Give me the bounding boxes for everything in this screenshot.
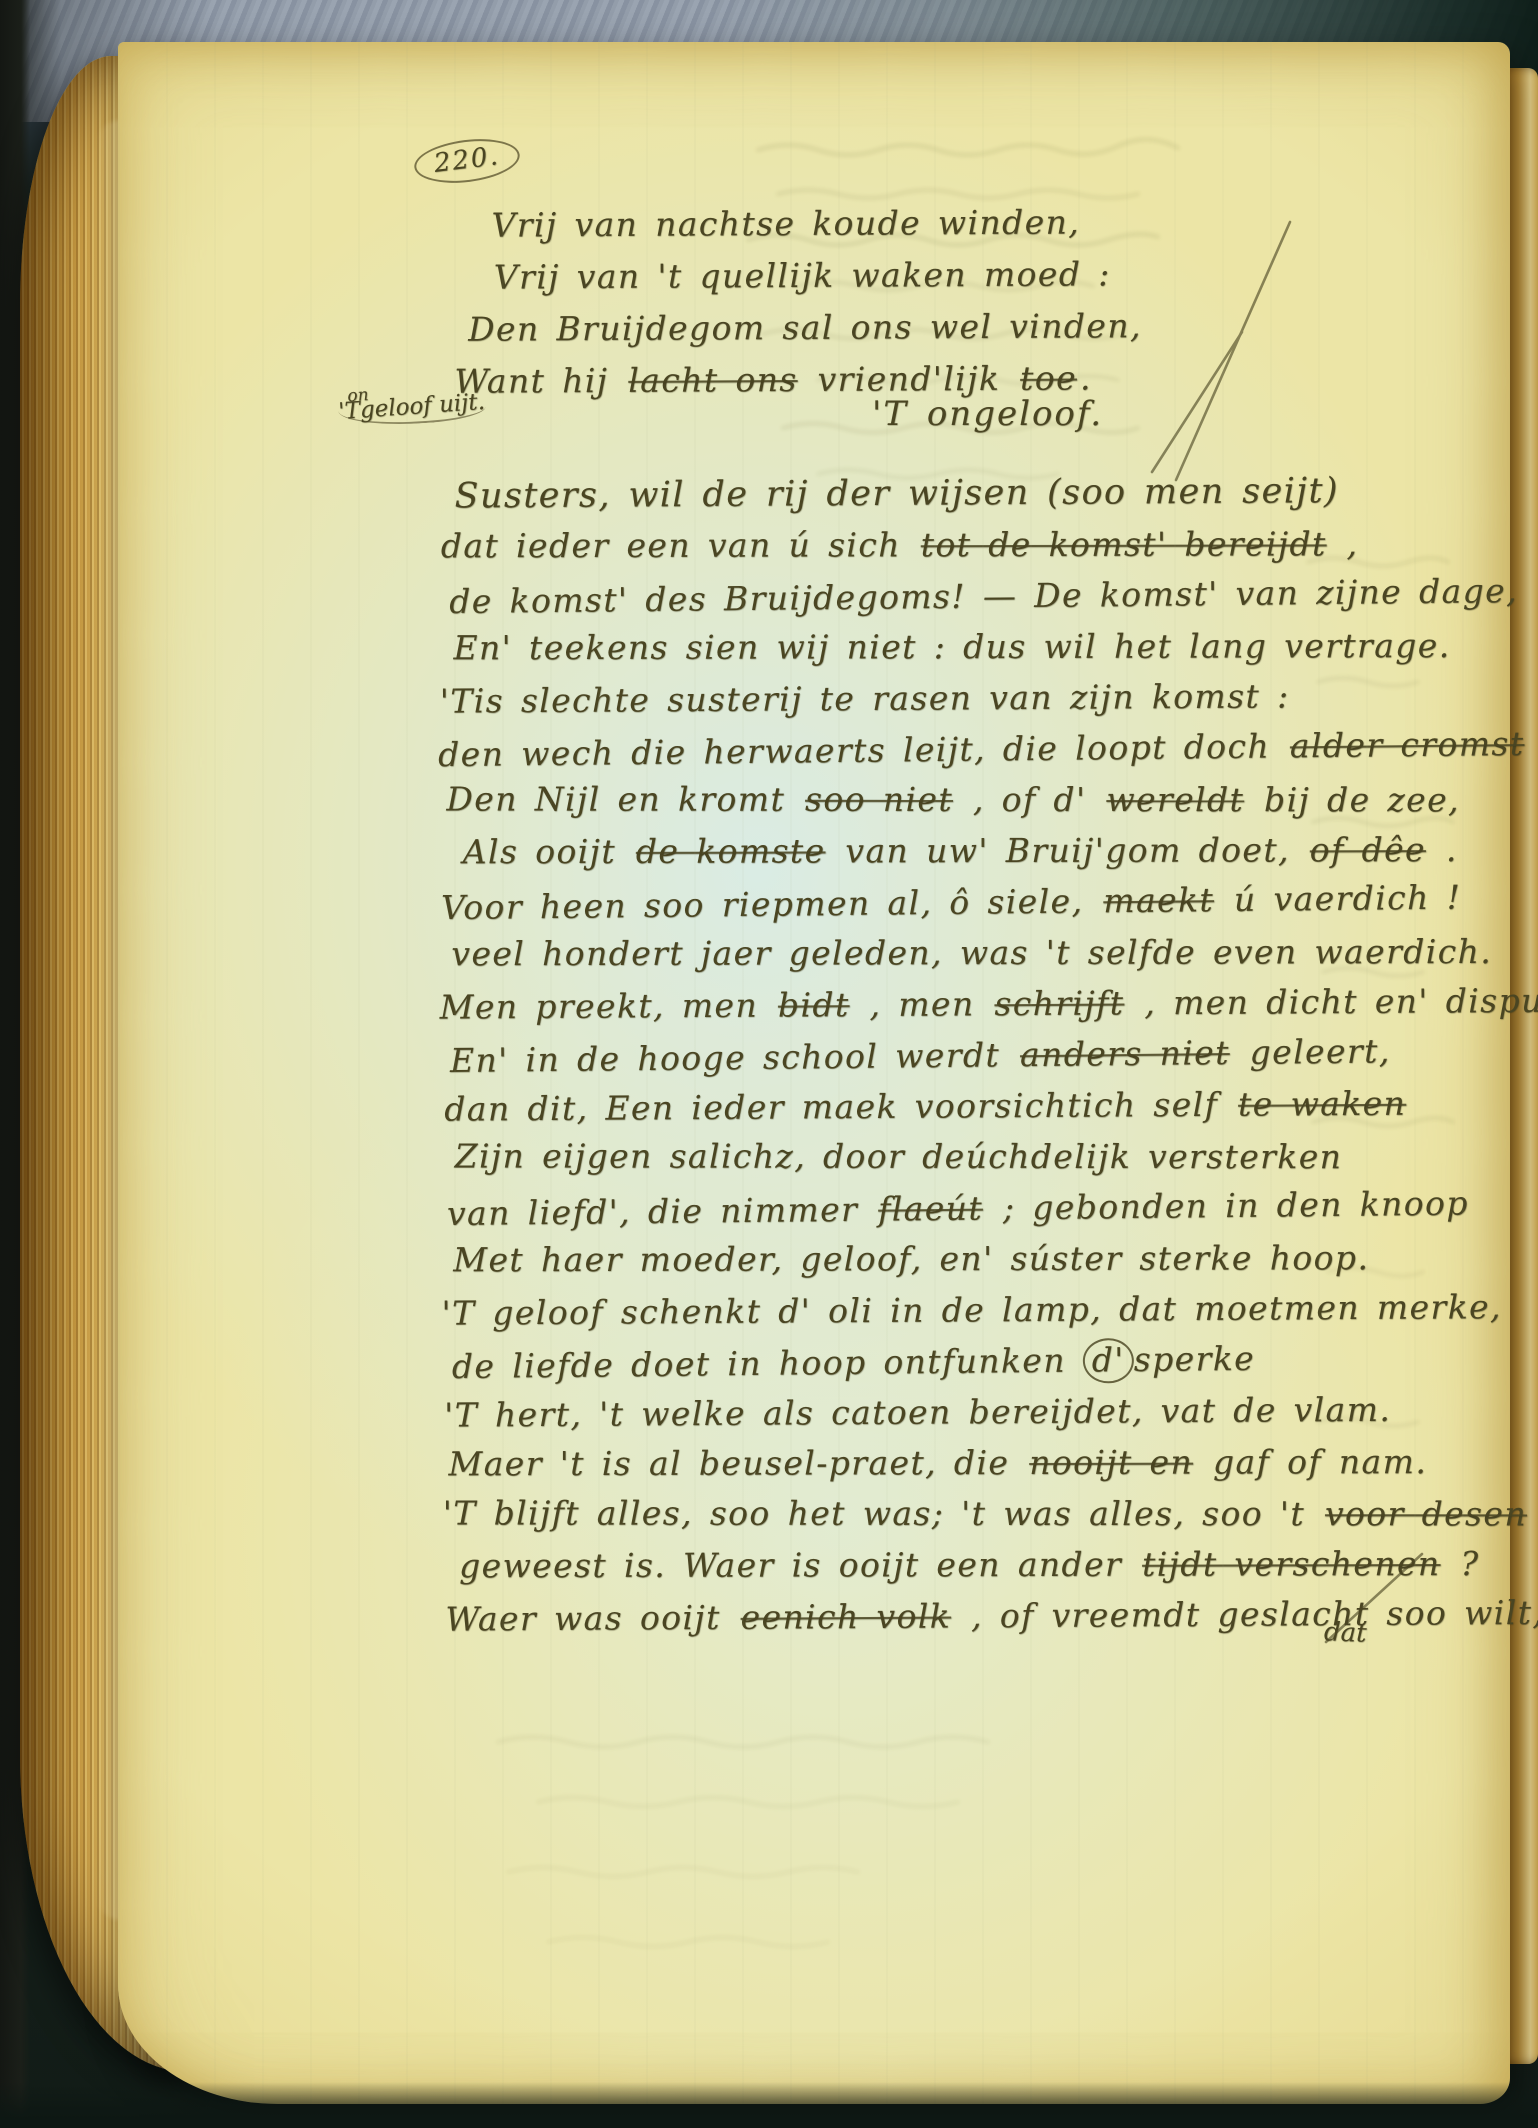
text-segment: Waer was ooijt <box>445 1598 737 1639</box>
text-segment: ; <box>1527 724 1538 763</box>
text-segment: alder cromst <box>1287 724 1528 765</box>
manuscript-line: de liefde doet in hoop ontfunken d'sperk… <box>452 1329 1538 1392</box>
text-segment: Vrij van nachtse koude winden, <box>491 203 1080 245</box>
text-segment: . <box>1429 830 1458 869</box>
text-segment: , <box>1330 524 1359 563</box>
text-segment: nooijt en <box>1026 1443 1196 1482</box>
text-segment: van liefd', die nimmer <box>447 1190 876 1233</box>
manuscript-line: Zijn eijgen salichz, door deúchdelijk ve… <box>455 1130 1538 1182</box>
text-segment: 'T blijft alles, soo het was; 't was all… <box>443 1493 1322 1533</box>
text-segment: , men <box>852 984 991 1024</box>
text-segment: eenich volk <box>737 1597 954 1637</box>
photograph-of-manuscript: { "colors":{"ink":"#4a4522","paper_cente… <box>0 0 1538 2128</box>
manuscript-line: Men preekt, men bidt , men schrijft , me… <box>440 974 1538 1032</box>
text-segment: , men dicht en' disputeert <box>1127 980 1538 1022</box>
manuscript-line: Maer 't is al beusel-praet, die nooijt e… <box>448 1436 1538 1490</box>
manuscript-line: Den Bruijdegom sal ons wel vinden, <box>468 300 1142 356</box>
text-segment: Vrij van 't quellijk waken moed : <box>494 254 1111 296</box>
text-segment: de komst' des Bruijdegoms! — De komst' v… <box>449 571 1518 621</box>
text-segment: En' in de hooge school werdt <box>450 1035 1017 1080</box>
text-segment: , of vreemdt geslacht soo wilt, <box>954 1593 1538 1636</box>
text-segment: de liefde doet in hoop ontfunken <box>452 1341 1083 1386</box>
backdrop-shadow-bottom <box>0 2082 1538 2128</box>
opening-quatrain: Vrij van nachtse koude winden,Vrij van '… <box>451 196 1142 408</box>
text-segment: van uw' Bruij'gom doet, <box>828 830 1306 870</box>
manuscript-line: veel hondert jaer geleden, was 't selfde… <box>451 926 1538 980</box>
manuscript-line: dat ieder een van ú sich tot de komst' b… <box>441 518 1538 572</box>
text-segment: dat ieder een van ú sich <box>441 525 918 565</box>
text-segment: Men preekt, men <box>440 986 775 1027</box>
manuscript-line: Voor heen soo riepmen al, ô siele, maekt… <box>441 870 1538 933</box>
text-segment: maekt <box>1100 880 1217 920</box>
text-segment: Voor heen soo riepmen al, ô siele, <box>441 881 1101 927</box>
catchword: dat <box>1323 1617 1367 1648</box>
manuscript-line: 'T geloof schenkt d' oli in de lamp, dat… <box>441 1280 1538 1338</box>
page-number-text: 220. <box>432 141 501 179</box>
text-segment: soo niet <box>802 780 956 819</box>
text-segment: dan dit, Een ieder maek voorsichtich sel… <box>444 1085 1235 1129</box>
text-segment: sperke <box>1134 1339 1256 1379</box>
text-segment: Maer 't is al beusel-praet, die <box>448 1443 1026 1483</box>
manuscript-line: Waer was ooijt eenich volk , of vreemdt … <box>445 1586 1538 1644</box>
text-segment: Zijn eijgen salichz, door deúchdelijk ve… <box>455 1136 1343 1176</box>
text-segment: tijdt verschenen <box>1139 1544 1444 1584</box>
manuscript-line: Met haer moeder, geloof, en' súster ster… <box>453 1232 1538 1286</box>
text-segment: wereldt <box>1103 780 1247 819</box>
manuscript-line: En' in de hooge school werdt anders niet… <box>450 1023 1538 1086</box>
manuscript-line: Als ooijt de komste van uw' Bruij'gom do… <box>463 824 1538 878</box>
text-segment: veel hondert jaer geleden, was 't selfde… <box>451 932 1492 973</box>
margin-note: on 'Tgeloof uijt. <box>337 377 486 429</box>
text-segment: te waken <box>1235 1084 1409 1124</box>
text-segment: de komste <box>633 831 829 870</box>
manuscript-line: de komst' des Bruijdegoms! — De komst' v… <box>449 564 1538 627</box>
manuscript-line: Den Nijl en kromt soo niet , of d' werel… <box>446 773 1538 825</box>
text-segment: d' <box>1083 1338 1134 1384</box>
text-segment: Als ooijt <box>463 832 633 871</box>
text-segment: , of d' <box>956 780 1103 819</box>
manuscript-line: Vrij van 't quellijk waken moed : <box>494 248 1142 303</box>
manuscript-line: van liefd', die nimmer flaeút ; gebonden… <box>447 1176 1538 1239</box>
text-segment: bidt <box>775 985 853 1024</box>
text-segment: . <box>1080 358 1092 397</box>
text-segment: Den Bruijdegom sal ons wel vinden, <box>468 306 1142 349</box>
manuscript-page: 220. Vrij van nachtse koude winden,Vrij … <box>118 42 1510 2104</box>
text-segment: geweest is. Waer is ooijt een ander <box>459 1545 1139 1586</box>
text-segment: En' teekens sien wij niet : dus wil het … <box>453 626 1450 667</box>
text-segment: ; gebonden in den knoop <box>986 1184 1469 1228</box>
text-segment: lacht ons <box>625 360 801 400</box>
text-segment: of dêe <box>1307 830 1429 869</box>
text-segment: voor desen <box>1322 1494 1530 1533</box>
text-segment: gaf of nam. <box>1196 1442 1427 1482</box>
manuscript-line: 'T blijft alles, soo het was; 't was all… <box>443 1487 1538 1539</box>
text-segment: bij de zee, <box>1247 780 1460 819</box>
text-segment: 'T hert, 't welke als catoen bereijdet, … <box>444 1390 1391 1435</box>
text-segment: den wech die herwaerts leijt, die loopt … <box>438 726 1287 774</box>
text-segment: Met haer moeder, geloof, en' súster ster… <box>453 1238 1369 1279</box>
text-segment: Susters, wil de rij der wijsen (soo men … <box>454 471 1339 516</box>
manuscript-line: Susters, wil de rij der wijsen (soo men … <box>454 464 1538 522</box>
manuscript-line: geweest is. Waer is ooijt een ander tijd… <box>459 1538 1538 1592</box>
text-segment: vriend'lijk <box>801 359 1018 399</box>
text-segment: ú vaerdich ! <box>1217 878 1462 920</box>
page-number: 220. <box>412 134 522 189</box>
manuscript-line: 'Tis slechte susterij te rasen van zijn … <box>440 668 1538 726</box>
manuscript-line: En' teekens sien wij niet : dus wil het … <box>453 620 1538 674</box>
manuscript-line: Vrij van nachtse koude winden, <box>491 196 1141 251</box>
text-segment: flaeút <box>875 1189 986 1229</box>
poem-heading: 'T ongeloof. <box>872 394 1103 434</box>
text-segment: tot de komst' bereijdt <box>918 524 1330 564</box>
text-segment: 'Tis slechte susterij te rasen van zijn … <box>440 676 1290 720</box>
text-segment: schrijft <box>991 983 1127 1023</box>
text-segment: geleert, <box>1233 1031 1391 1072</box>
text-segment: 'T geloof schenkt d' oli in de lamp, dat… <box>441 1287 1502 1332</box>
text-segment: toe <box>1017 359 1080 398</box>
poem-body: Susters, wil de rij der wijsen (soo men … <box>436 464 1538 1644</box>
text-segment: anders niet <box>1017 1033 1233 1074</box>
text-segment: ? <box>1444 1544 1480 1583</box>
manuscript-line: 'T hert, 't welke als catoen bereijdet, … <box>444 1382 1538 1440</box>
text-segment: Den Nijl en kromt <box>446 779 802 818</box>
manuscript-line: den wech die herwaerts leijt, die loopt … <box>438 717 1538 780</box>
manuscript-line: dan dit, Een ieder maek voorsichtich sel… <box>444 1076 1538 1134</box>
